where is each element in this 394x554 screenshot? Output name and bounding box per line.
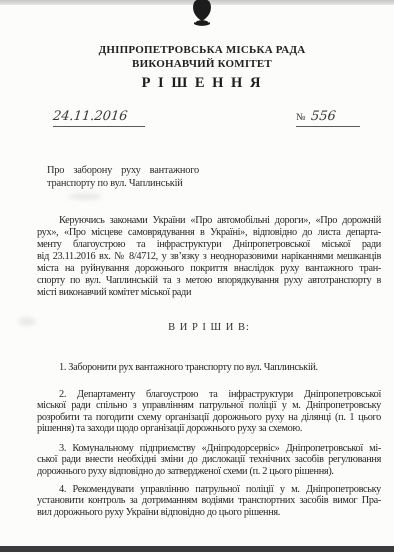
text-line: міської ради спільно з управлінням патру… bbox=[37, 400, 381, 411]
number-sign-label: № bbox=[296, 112, 306, 123]
handwritten-date: 24.11.2016 bbox=[53, 108, 145, 127]
date-value: 24.11.2016 bbox=[52, 109, 128, 124]
decision-item-2: 2. Департаменту благоустрою та інфрастру… bbox=[37, 389, 381, 435]
text-line: менту благоустрою та інфраструктури Дніп… bbox=[37, 239, 381, 251]
text-line: Керуючись законами України «Про автомобі… bbox=[37, 215, 381, 227]
date-number-row: 24.11.2016 №556 bbox=[0, 108, 394, 130]
text-line: 2. Департаменту благоустрою та інфрастру… bbox=[37, 389, 381, 400]
decision-item-4: 4. Рекомендувати управлінню патрульної п… bbox=[37, 484, 381, 518]
text-line: установити контроль за дотриманням водія… bbox=[37, 495, 381, 506]
number-value: 556 bbox=[310, 109, 336, 124]
text-line: 1. Заборонити рух вантажного транспорту … bbox=[37, 362, 381, 374]
text-line: Про заборону руху вантажного bbox=[47, 164, 199, 177]
city-coat-of-arms-icon bbox=[189, 0, 215, 30]
text-line: розробити та погодити схему організації … bbox=[37, 412, 381, 423]
org-name-line2: ВИКОНАВЧИЙ КОМІТЕТ bbox=[10, 58, 394, 72]
scan-bottom-edge bbox=[0, 546, 394, 552]
document-number: №556 bbox=[296, 108, 360, 127]
text-line: 3. Комунальному підприємству «Дніпродорс… bbox=[37, 443, 381, 454]
decision-item-1: 1. Заборонити рух вантажного транспорту … bbox=[37, 362, 381, 374]
text-line: міста на руйнування дорожнього покриття … bbox=[37, 263, 381, 275]
text-line: рішення) та заходи щодо організації доро… bbox=[37, 423, 381, 434]
org-name-line1: ДНІПРОПЕТРОВСЬКА МІСЬКА РАДА bbox=[10, 44, 394, 58]
text-line: дорожнього руху відповідно до затверджен… bbox=[37, 466, 381, 477]
text-line: спорту по вул. Чаплинській та з метою вп… bbox=[37, 275, 381, 287]
scan-artifact bbox=[68, 193, 102, 200]
resolved-heading: В И Р І Ш И В: bbox=[37, 322, 381, 333]
document-header: ДНІПРОПЕТРОВСЬКА МІСЬКА РАДА ВИКОНАВЧИЙ … bbox=[0, 44, 394, 92]
text-line: вил дорожнього руху України відповідно д… bbox=[37, 507, 381, 518]
subject-block: Про заборону руху вантажноготранспорту п… bbox=[47, 164, 199, 190]
document-type-title: Р І Ш Е Н Н Я bbox=[10, 75, 394, 92]
decision-item-3: 3. Комунальному підприємству «Дніпродорс… bbox=[37, 443, 381, 477]
text-line: ської ради внести необхідні зміни до дис… bbox=[37, 454, 381, 465]
text-line: місті виконавчий комітет міської ради bbox=[37, 287, 381, 299]
text-line: транспорту по вул. Чаплинській bbox=[47, 177, 199, 190]
scan-artifact bbox=[18, 317, 36, 326]
text-line: 4. Рекомендувати управлінню патрульної п… bbox=[37, 484, 381, 495]
decision-document-page: ДНІПРОПЕТРОВСЬКА МІСЬКА РАДА ВИКОНАВЧИЙ … bbox=[0, 0, 394, 554]
preamble-paragraph: Керуючись законами України «Про автомобі… bbox=[37, 215, 381, 299]
text-line: рух», «Про місцеве самоврядування в Укра… bbox=[37, 227, 381, 239]
text-line: від 23.11.2016 вх. № 8/4712, у зв’язку з… bbox=[37, 251, 381, 263]
